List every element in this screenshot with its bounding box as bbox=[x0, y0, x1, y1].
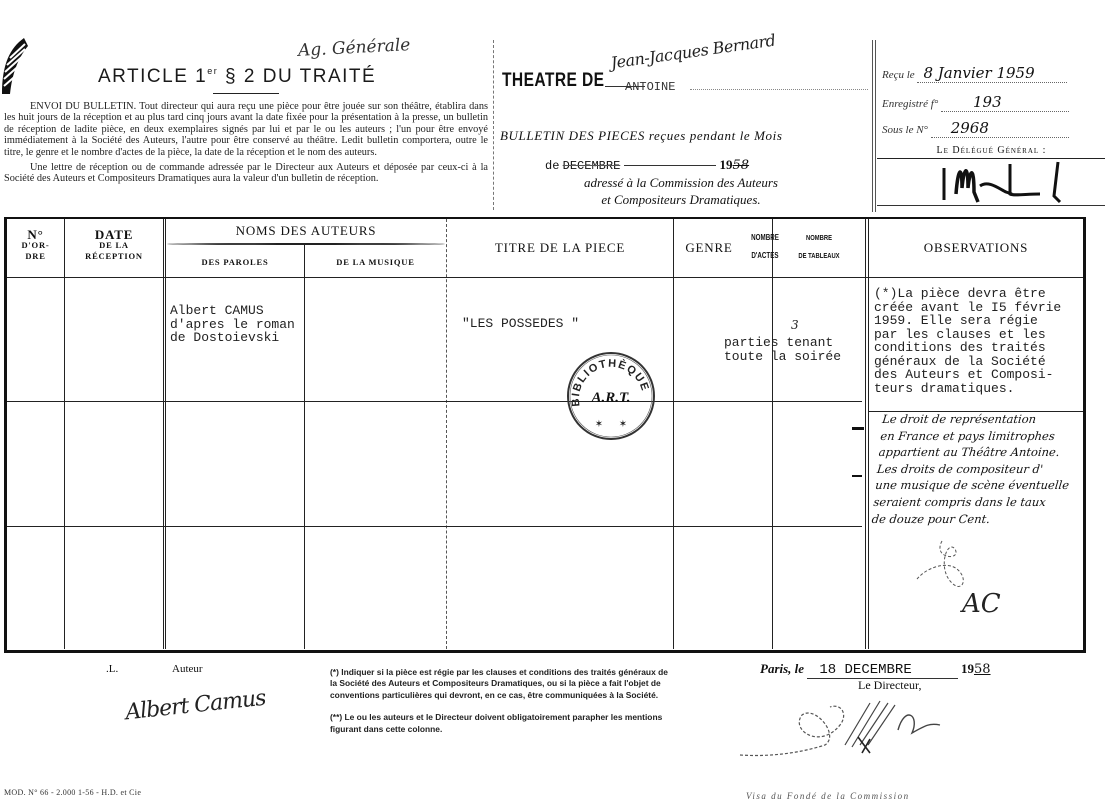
cell-paroles: Albert CAMUS d'apres le roman de Dostoie… bbox=[170, 304, 295, 345]
header-noms-des-auteurs: NOMS DES AUTEURS bbox=[166, 223, 446, 239]
header-de-la-musique: DE LA MUSIQUE bbox=[305, 257, 446, 268]
footnotes: (*) Indiquer si la pièce est régie par l… bbox=[330, 667, 673, 735]
visa-line: Visa du Fondé de la Commission bbox=[746, 791, 910, 800]
bulletin-year-value: 58 bbox=[733, 158, 750, 173]
header-genre: GENRE bbox=[674, 240, 744, 256]
paris-date-value: 18 DECEMBRE bbox=[807, 662, 957, 679]
bulletin-heading: BULLETIN DES PIECES reçues pendant le Mo… bbox=[500, 128, 783, 144]
auteur-label: Auteur bbox=[172, 663, 203, 675]
paraphe-scribble-icon bbox=[907, 539, 997, 599]
svg-text:A.R.T.: A.R.T. bbox=[590, 390, 630, 406]
theatre-handwritten-name: Jean-Jacques Bernard bbox=[609, 31, 776, 73]
header-divider-double bbox=[872, 40, 876, 212]
author-signature: Albert Camus bbox=[124, 686, 266, 726]
cell-actes-handwritten: 3 bbox=[791, 319, 799, 333]
svg-text:✶: ✶ bbox=[595, 419, 603, 430]
header-nombre-tableaux: NOMBRE DE TABLEAUX bbox=[783, 229, 855, 265]
cell-observations-typed: (*)La pièce devra être créée avant le I5… bbox=[874, 287, 1061, 395]
delegue-general-label: Le Délégué Général : bbox=[884, 145, 1099, 156]
margin-mark bbox=[852, 475, 862, 477]
svg-text:✶: ✶ bbox=[619, 419, 627, 430]
registry-recu-value: 8 Janvier 1959 bbox=[917, 64, 1034, 82]
handwritten-agency-note: Ag. Générale bbox=[298, 35, 411, 61]
margin-mark bbox=[852, 427, 864, 430]
header-observations: OBSERVATIONS bbox=[869, 240, 1083, 256]
theatre-fill-line bbox=[690, 89, 868, 90]
bulletin-month-line: de DECEMBRE 1958 bbox=[545, 157, 749, 173]
article-underline bbox=[213, 93, 279, 94]
paris-year-value: 58 bbox=[974, 662, 991, 677]
registry-sous-value: 2968 bbox=[945, 119, 989, 137]
envoi-du-bulletin-text: ENVOI DU BULLETIN. Tout directeur qui au… bbox=[4, 101, 488, 185]
header-titre-de-la-piece: TITRE DE LA PIECE bbox=[447, 240, 673, 256]
header-divider bbox=[493, 40, 494, 210]
form-model-number: MOD. N° 66 - 2.000 1-56 - H.D. et Cie bbox=[4, 788, 141, 797]
footer-l-mark: .L. bbox=[106, 663, 118, 675]
cell-actes-typed: parties tenant toute la soirée bbox=[724, 336, 841, 363]
envoi-paragraph: Une lettre de réception ou de commande a… bbox=[4, 162, 488, 185]
footnote-1: (*) Indiquer si la pièce est régie par l… bbox=[330, 667, 673, 701]
registry-enregistre-value: 193 bbox=[967, 93, 1002, 111]
cell-titre: "LES POSSEDES " bbox=[462, 317, 579, 331]
header-nombre-actes: NOMBRE D'ACTES bbox=[742, 229, 789, 265]
header-date-reception: DATE DE LA RÉCEPTION bbox=[65, 229, 163, 262]
theatre-label: THEATRE DE bbox=[502, 70, 604, 92]
directeur-label: Le Directeur, bbox=[858, 678, 921, 693]
bulletin-table: N° D'OR- DRE DATE DE LA RÉCEPTION NOMS D… bbox=[4, 217, 1086, 653]
society-emblem-icon bbox=[0, 36, 30, 96]
director-signature-icon bbox=[730, 695, 1000, 770]
cell-observations-handwritten: Le droit de représentation en France et … bbox=[871, 411, 1077, 527]
delegue-signature-icon bbox=[940, 158, 1070, 208]
bibliotheque-stamp-icon: BIBLIOTHÈQUE A.R.T. ✶ ✶ bbox=[565, 350, 657, 442]
footnote-2: (**) Le ou les auteurs et le Directeur d… bbox=[330, 712, 673, 735]
registry-enregistre-row: Enregistré f° 193 bbox=[882, 93, 1069, 112]
adresse-text: adressé à la Commission des Auteurs et C… bbox=[560, 174, 802, 208]
bulletin-month-value: DECEMBRE bbox=[563, 159, 621, 173]
paris-date-line: Paris, le 18 DECEMBRE 1958 bbox=[760, 661, 991, 678]
header-ordre: N° D'OR- DRE bbox=[7, 229, 64, 262]
registry-recu-row: Reçu le 8 Janvier 1959 bbox=[882, 64, 1067, 83]
header-des-paroles: DES PAROLES bbox=[166, 257, 304, 268]
registry-sous-row: Sous le N° 2968 bbox=[882, 119, 1069, 138]
envoi-paragraph: ENVOI DU BULLETIN. Tout directeur qui au… bbox=[4, 101, 488, 158]
delegue-bottom-rule bbox=[877, 205, 1105, 206]
article-title: ARTICLE 1er § 2 DU TRAITÉ bbox=[98, 66, 376, 88]
theatre-typed-name: ANTOINE bbox=[625, 80, 675, 94]
